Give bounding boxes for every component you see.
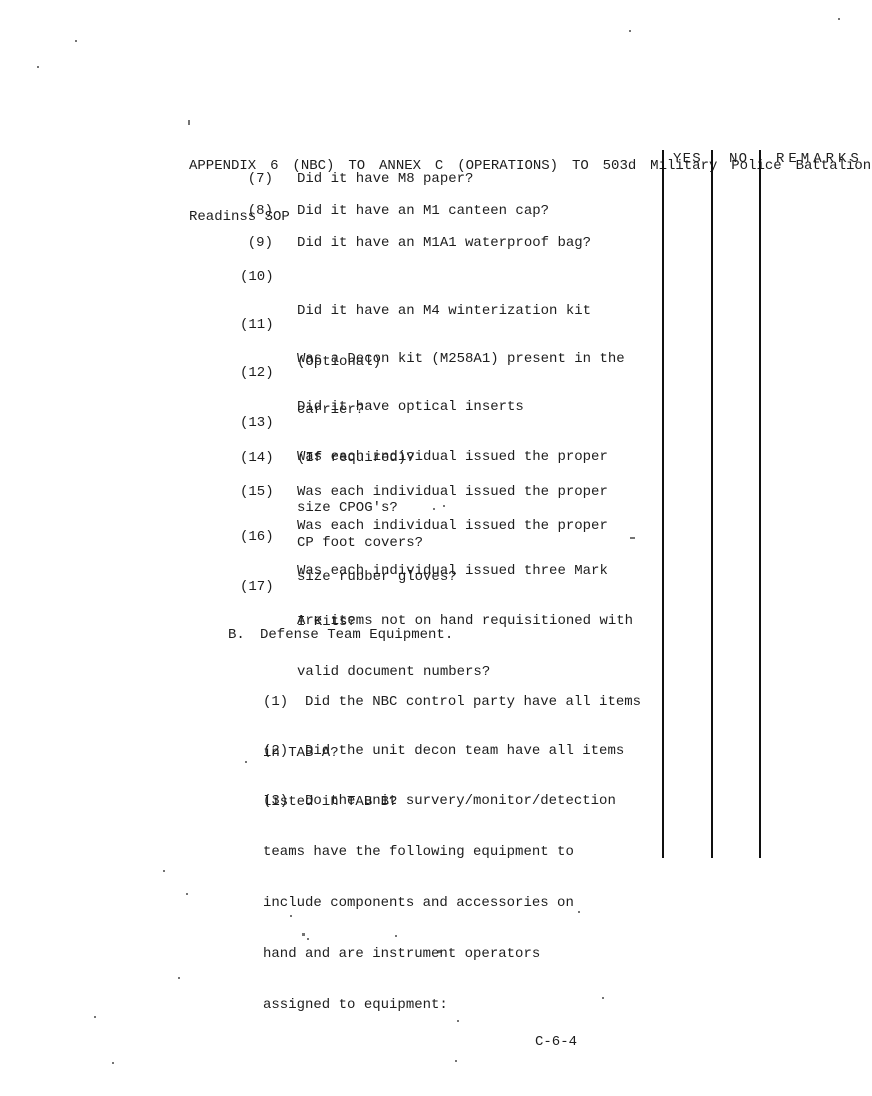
- column-header-yes: YES: [673, 151, 702, 168]
- item-text-line: Did it have M8 paper?: [297, 171, 473, 188]
- item-text-line: (3) Do the unit survery/monitor/detectio…: [263, 793, 616, 810]
- item-number: (7): [240, 171, 273, 188]
- item-text-line: Did it have optical inserts: [297, 399, 524, 416]
- remarks-column-rule: [759, 150, 761, 858]
- item-number: (11): [240, 317, 273, 334]
- scan-speck: [37, 66, 39, 68]
- scan-speck: [178, 977, 180, 979]
- item-number: (16): [240, 529, 273, 546]
- scan-speck: [438, 950, 441, 953]
- no-column-rule: [711, 150, 713, 858]
- item-text-line: Did it have an M1 canteen cap?: [297, 203, 549, 220]
- section-b-title: Defense Team Equipment.: [260, 627, 453, 644]
- scan-speck: [630, 537, 635, 539]
- header-line-1: APPENDIX 6 (NBC) TO ANNEX C (OPERATIONS)…: [189, 158, 871, 175]
- item-number: (9): [240, 235, 273, 252]
- checklist-item-b3: (3) Do the unit survery/monitor/detectio…: [263, 759, 616, 1031]
- scan-speck: [94, 1016, 96, 1018]
- yes-column-rule: [662, 150, 664, 858]
- column-header-remarks: REMARKS: [776, 151, 863, 168]
- item-text-line: (2) Did the unit decon team have all ite…: [263, 743, 624, 760]
- scan-speck: [838, 18, 840, 20]
- item-text-line: Did it have an M1A1 waterproof bag?: [297, 235, 591, 252]
- scan-speck: [188, 120, 190, 125]
- scan-speck: [290, 915, 292, 917]
- item-number: (15): [240, 484, 273, 501]
- scan-speck: [455, 1060, 457, 1062]
- scan-speck: [578, 911, 580, 913]
- item-text-line: hand and are instrument operators: [263, 946, 616, 963]
- item-number: (12): [240, 365, 273, 382]
- scan-speck: [75, 40, 77, 42]
- scan-speck: [302, 933, 305, 936]
- item-text-line: Was each individual issued three Mark: [297, 563, 608, 580]
- item-number: (13): [240, 415, 273, 432]
- scan-speck: [457, 1020, 459, 1022]
- item-number: (17): [240, 579, 273, 596]
- scan-speck: [163, 870, 165, 872]
- item-number: (10): [240, 269, 273, 286]
- scan-speck: [245, 761, 247, 763]
- item-number: (14): [240, 450, 273, 467]
- item-number: (8): [240, 203, 273, 220]
- item-text-line: assigned to equipment:: [263, 997, 616, 1014]
- scan-speck: [629, 30, 631, 32]
- scan-speck: [112, 1062, 114, 1064]
- scan-speck: [433, 508, 435, 510]
- scan-speck: [395, 935, 397, 937]
- column-header-no: NO: [729, 151, 748, 168]
- document-header: APPENDIX 6 (NBC) TO ANNEX C (OPERATIONS)…: [189, 124, 871, 243]
- scan-speck: [602, 997, 604, 999]
- scan-speck: [307, 938, 309, 940]
- item-text-line: teams have the following equipment to: [263, 844, 616, 861]
- scan-speck: [443, 505, 445, 507]
- page-number: C-6-4: [535, 1034, 577, 1051]
- scan-speck: [290, 1000, 292, 1002]
- item-text-line: include components and accessories on: [263, 895, 616, 912]
- scanned-document-page: { "colors": { "ink": "#1d1d1d", "paper":…: [0, 0, 872, 1096]
- section-b-label: B.: [228, 627, 245, 644]
- scan-speck: [186, 893, 188, 895]
